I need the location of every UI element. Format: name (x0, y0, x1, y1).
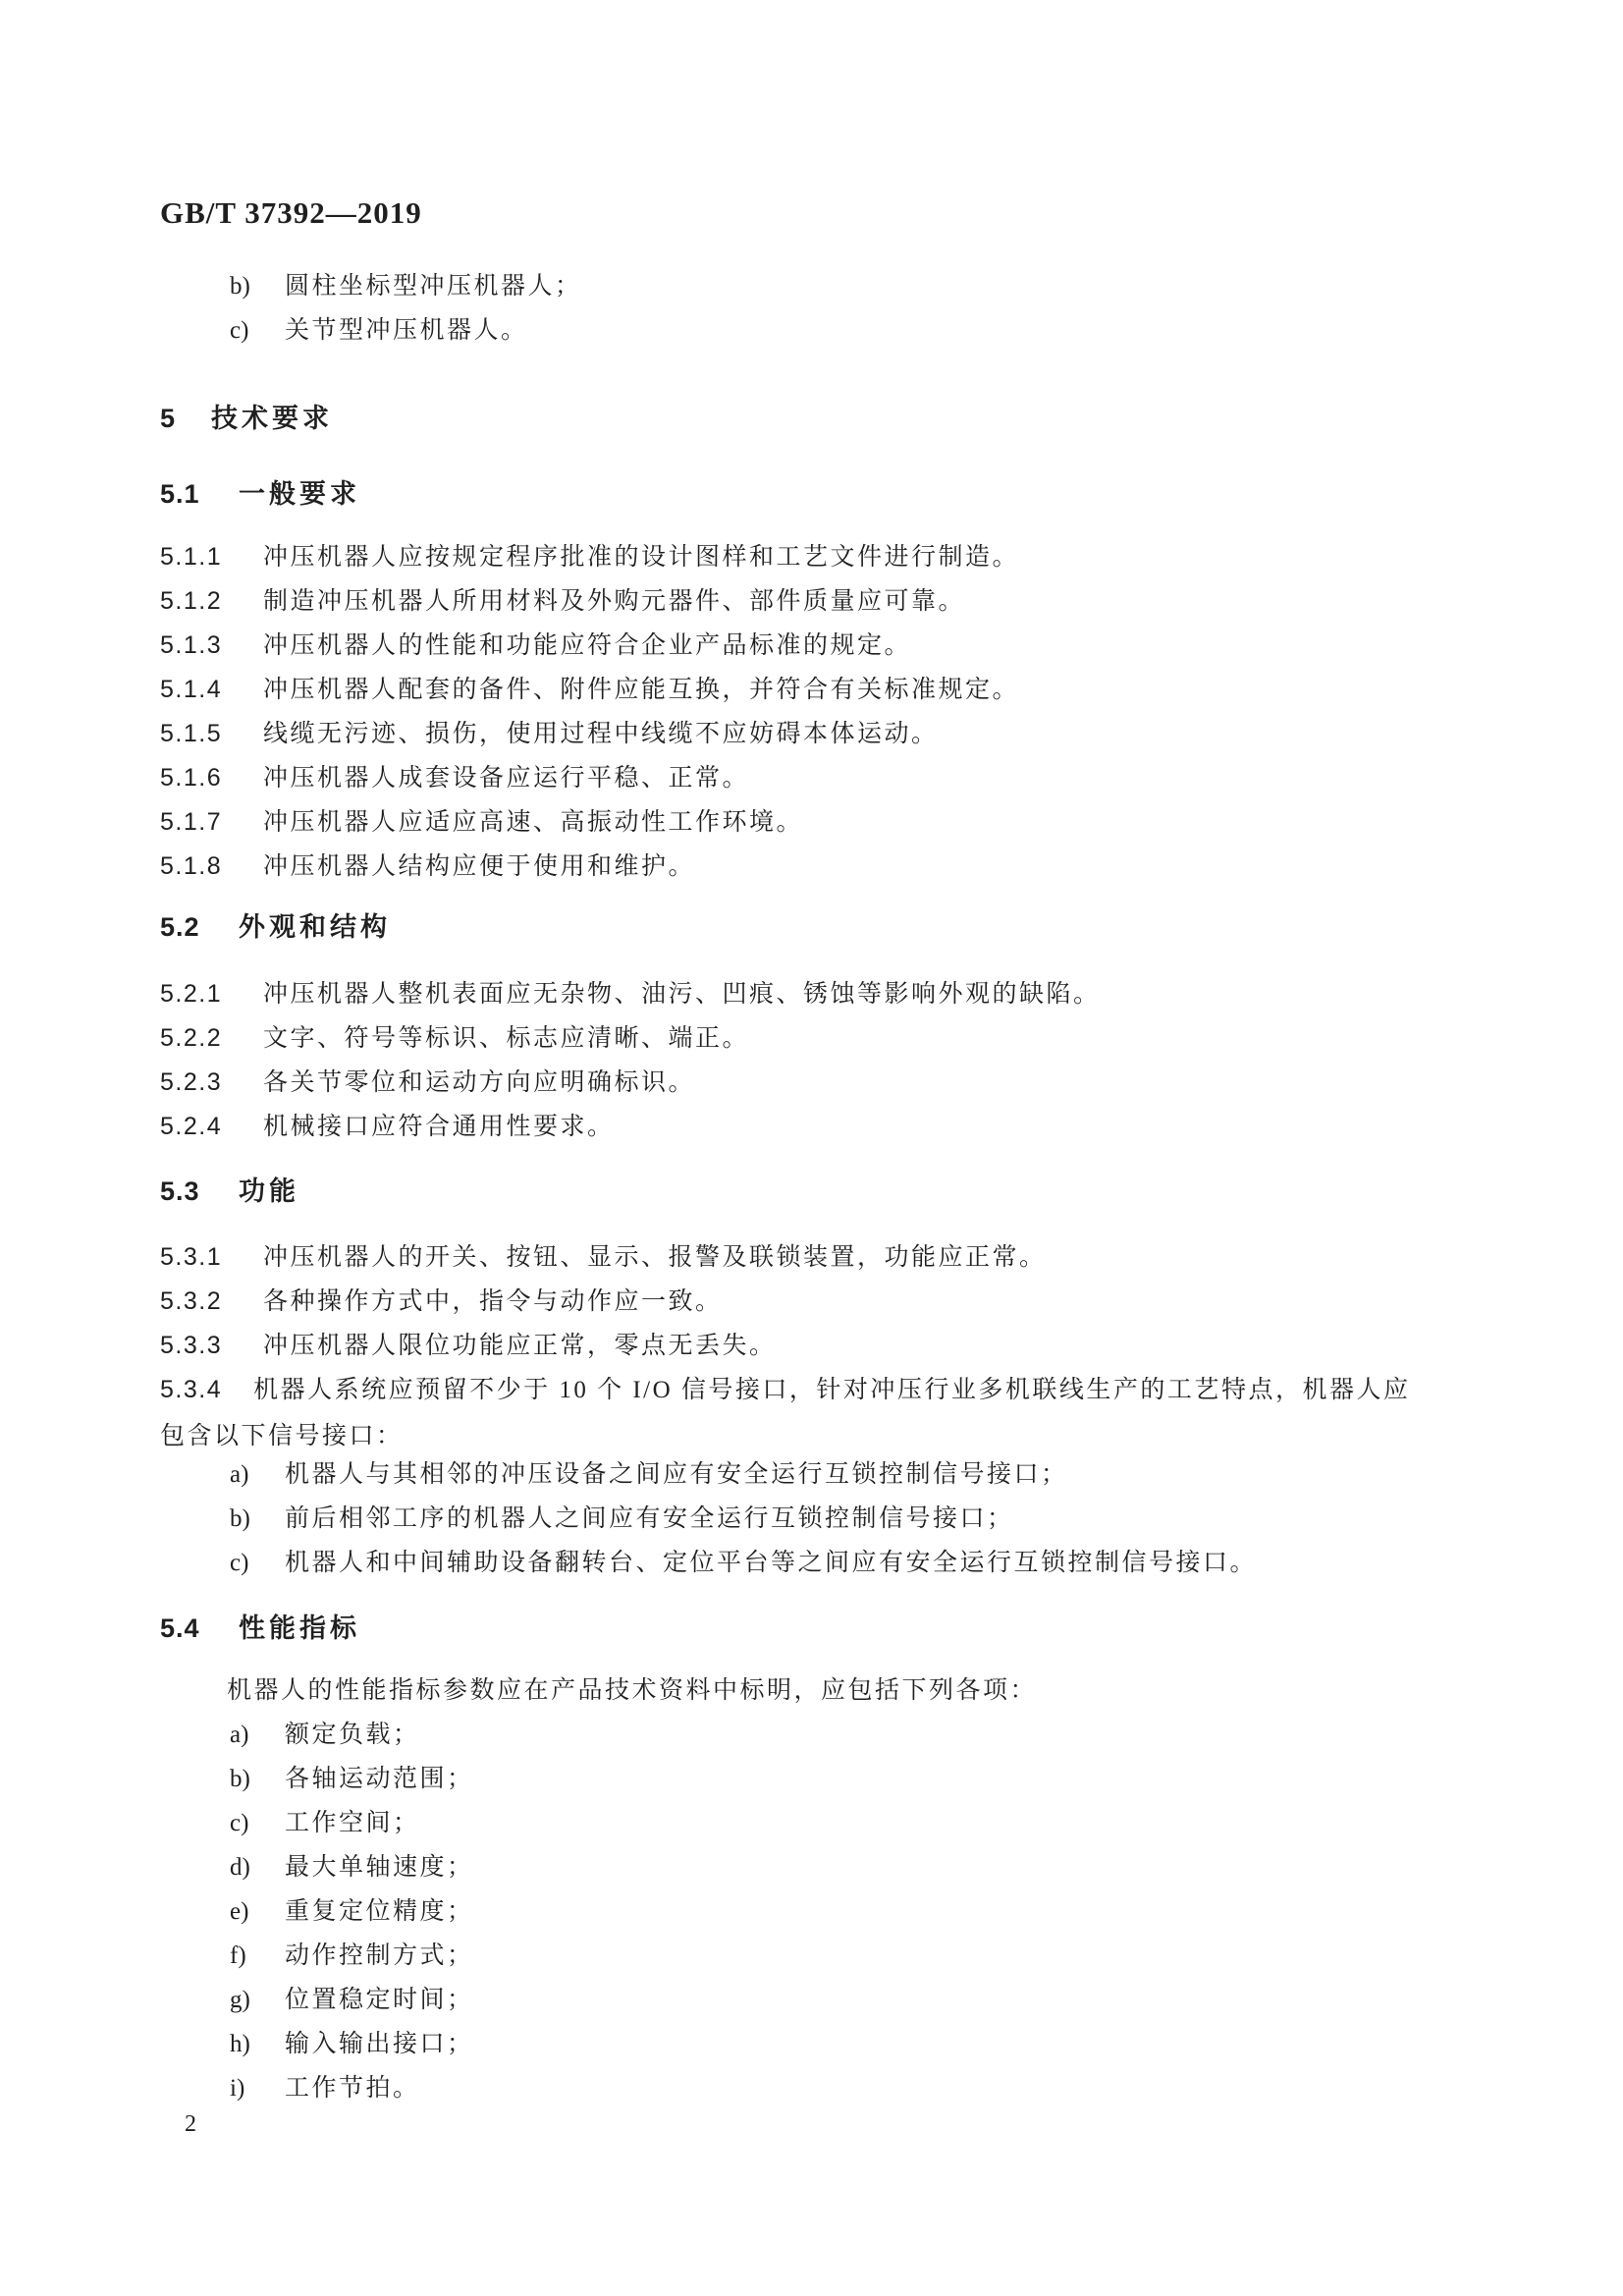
list-item-label: c) (230, 317, 285, 346)
clause-row: 5.1.7冲压机器人应适应高速、高振动性工作环境。 (160, 808, 803, 838)
clause-number: 5.3.3 (160, 1332, 263, 1360)
list-item-text: 输入输出接口； (285, 2031, 474, 2057)
clause-row: 5.3.4机器人系统应预留不少于 10 个 I/O 信号接口，针对冲压行业多机联… (160, 1368, 1417, 1461)
header-doc-code: GB/T 37392—2019 (160, 195, 422, 231)
clause-number: 5.1.4 (160, 676, 263, 704)
list-item-label: b) (230, 1505, 285, 1534)
clause-text: 冲压机器人成套设备应运行平稳、正常。 (263, 765, 749, 792)
list-item: c)关节型冲压机器人。 (230, 317, 528, 346)
clause-text: 冲压机器人整机表面应无杂物、油污、凹痕、锈蚀等影响外观的缺陷。 (263, 981, 1101, 1008)
list-item-label: c) (230, 1550, 285, 1578)
section-heading: 5.2外观和结构 (160, 912, 391, 943)
clause-number: 5.2.2 (160, 1024, 263, 1053)
list-item: i)工作节拍。 (230, 2075, 420, 2104)
clause-text: 机械接口应符合通用性要求。 (263, 1114, 615, 1140)
clause-row: 5.1.5线缆无污迹、损伤，使用过程中线缆不应妨碍本体运动。 (160, 720, 939, 749)
clause-number: 5.1.3 (160, 631, 263, 660)
section-number: 5.2 (160, 912, 239, 943)
list-item-text: 关节型冲压机器人。 (285, 317, 528, 344)
clause-number: 5.2.1 (160, 980, 263, 1009)
chapter-title: 技术要求 (211, 404, 333, 433)
list-item-text: 机器人和中间辅助设备翻转台、定位平台等之间应有安全运行互锁控制信号接口。 (285, 1550, 1257, 1576)
section-number: 5.1 (160, 479, 239, 510)
list-item: e)重复定位精度； (230, 1898, 474, 1927)
section-number: 5.4 (160, 1613, 239, 1644)
clause-text: 机器人系统应预留不少于 10 个 I/O 信号接口，针对冲压行业多机联线生产的工… (160, 1377, 1410, 1449)
list-item: c)工作空间； (230, 1810, 420, 1838)
list-item-label: h) (230, 2031, 285, 2059)
clause-number: 5.1.6 (160, 764, 263, 793)
clause-number: 5.1.2 (160, 587, 263, 616)
list-item: h)输入输出接口； (230, 2031, 474, 2059)
clause-text: 线缆无污迹、损伤，使用过程中线缆不应妨碍本体运动。 (263, 721, 939, 747)
clause-row: 5.1.2制造冲压机器人所用材料及外购元器件、部件质量应可靠。 (160, 587, 965, 617)
clause-text: 冲压机器人的开关、按钮、显示、报警及联锁装置，功能应正常。 (263, 1244, 1047, 1271)
clause-row: 5.2.4机械接口应符合通用性要求。 (160, 1113, 615, 1142)
clause-text: 冲压机器人结构应便于使用和维护。 (263, 853, 695, 880)
list-item-text: 重复定位精度； (285, 1898, 474, 1925)
clause-text: 冲压机器人应按规定程序批准的设计图样和工艺文件进行制造。 (263, 544, 1019, 571)
clause-number: 5.1.5 (160, 720, 263, 748)
clause-number: 5.2.3 (160, 1068, 263, 1097)
section-number: 5.3 (160, 1176, 239, 1207)
list-item-text: 工作节拍。 (285, 2075, 420, 2102)
list-item-text: 最大单轴速度； (285, 1854, 474, 1881)
page-number: 2 (185, 2111, 196, 2138)
clause-row: 5.2.3各关节零位和运动方向应明确标识。 (160, 1068, 695, 1098)
clause-row: 5.2.2文字、符号等标识、标志应清晰、端正。 (160, 1024, 749, 1054)
section-heading: 5.4性能指标 (160, 1613, 360, 1644)
clause-number: 5.1.8 (160, 852, 263, 881)
clause-number: 5.3.1 (160, 1243, 263, 1272)
clause-number: 5.3.4 (160, 1376, 222, 1403)
document-page: GB/T 37392—2019 b)圆柱坐标型冲压机器人； c)关节型冲压机器人… (0, 0, 1623, 2296)
clause-row: 5.3.3冲压机器人限位功能应正常，零点无丢失。 (160, 1332, 777, 1361)
list-item-label: b) (230, 273, 285, 301)
section-title: 功能 (239, 1176, 299, 1206)
list-item-text: 圆柱坐标型冲压机器人； (285, 273, 582, 300)
list-item: b)各轴运动范围； (230, 1766, 474, 1794)
list-item-text: 工作空间； (285, 1810, 420, 1836)
list-item-label: f) (230, 1942, 285, 1971)
clause-text: 冲压机器人的性能和功能应符合企业产品标准的规定。 (263, 632, 911, 659)
clause-row: 5.3.2各种操作方式中，指令与动作应一致。 (160, 1287, 723, 1317)
clause-row: 5.2.1冲压机器人整机表面应无杂物、油污、凹痕、锈蚀等影响外观的缺陷。 (160, 980, 1101, 1010)
list-item-text: 机器人与其相邻的冲压设备之间应有安全运行互锁控制信号接口； (285, 1461, 1068, 1488)
list-item-text: 前后相邻工序的机器人之间应有安全运行互锁控制信号接口； (285, 1505, 1014, 1532)
list-item: c)机器人和中间辅助设备翻转台、定位平台等之间应有安全运行互锁控制信号接口。 (230, 1550, 1257, 1578)
section-title: 外观和结构 (239, 912, 391, 942)
clause-text: 文字、符号等标识、标志应清晰、端正。 (263, 1025, 749, 1052)
clause-text: 冲压机器人应适应高速、高振动性工作环境。 (263, 809, 803, 836)
section-title: 性能指标 (239, 1613, 360, 1643)
clause-number: 5.1.1 (160, 543, 263, 572)
clause-text: 制造冲压机器人所用材料及外购元器件、部件质量应可靠。 (263, 588, 965, 615)
section-intro-paragraph: 机器人的性能指标参数应在产品技术资料中标明，应包括下列各项： (227, 1677, 1037, 1706)
clause-number: 5.3.2 (160, 1287, 263, 1316)
list-item-label: a) (230, 1461, 285, 1490)
list-item-text: 额定负载； (285, 1722, 420, 1748)
chapter-number: 5 (160, 404, 211, 434)
list-item: b)圆柱坐标型冲压机器人； (230, 273, 582, 301)
list-item: a)额定负载； (230, 1722, 420, 1750)
clause-number: 5.2.4 (160, 1113, 263, 1141)
list-item: b)前后相邻工序的机器人之间应有安全运行互锁控制信号接口； (230, 1505, 1014, 1534)
clause-row: 5.1.4冲压机器人配套的备件、附件应能互换，并符合有关标准规定。 (160, 676, 1019, 705)
clause-text: 各种操作方式中，指令与动作应一致。 (263, 1288, 723, 1315)
clause-text: 冲压机器人配套的备件、附件应能互换，并符合有关标准规定。 (263, 677, 1019, 703)
section-heading: 5.1一般要求 (160, 479, 360, 510)
list-item: a)机器人与其相邻的冲压设备之间应有安全运行互锁控制信号接口； (230, 1461, 1068, 1490)
list-item-label: i) (230, 2075, 285, 2104)
list-item-text: 位置稳定时间； (285, 1987, 474, 2013)
clause-text: 冲压机器人限位功能应正常，零点无丢失。 (263, 1333, 777, 1359)
list-item-label: e) (230, 1898, 285, 1927)
clause-number: 5.1.7 (160, 808, 263, 837)
list-item-label: d) (230, 1854, 285, 1883)
list-item-label: c) (230, 1810, 285, 1838)
clause-text: 各关节零位和运动方向应明确标识。 (263, 1069, 695, 1096)
clause-row: 5.1.6冲压机器人成套设备应运行平稳、正常。 (160, 764, 749, 793)
list-item: g)位置稳定时间； (230, 1987, 474, 2015)
list-item-text: 动作控制方式； (285, 1942, 474, 1969)
list-item-text: 各轴运动范围； (285, 1766, 474, 1792)
clause-row: 5.1.8冲压机器人结构应便于使用和维护。 (160, 852, 695, 882)
list-item: f)动作控制方式； (230, 1942, 474, 1971)
chapter-heading: 5技术要求 (160, 404, 333, 434)
list-item: d)最大单轴速度； (230, 1854, 474, 1883)
list-item-label: g) (230, 1987, 285, 2015)
clause-row: 5.1.3冲压机器人的性能和功能应符合企业产品标准的规定。 (160, 631, 911, 661)
clause-row: 5.3.1冲压机器人的开关、按钮、显示、报警及联锁装置，功能应正常。 (160, 1243, 1047, 1273)
section-title: 一般要求 (239, 479, 360, 509)
clause-row: 5.1.1冲压机器人应按规定程序批准的设计图样和工艺文件进行制造。 (160, 543, 1019, 573)
list-item-label: b) (230, 1766, 285, 1794)
section-heading: 5.3功能 (160, 1176, 299, 1207)
list-item-label: a) (230, 1722, 285, 1750)
